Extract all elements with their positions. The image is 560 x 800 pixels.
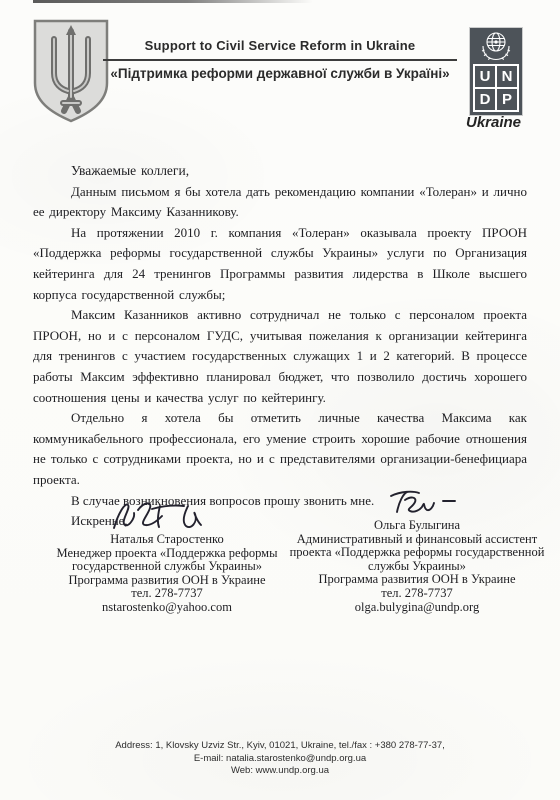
signer-title-line: Менеджер проекта «Поддержка реформы bbox=[38, 547, 296, 561]
undp-country-label: Ukraine bbox=[466, 114, 536, 131]
footer-contact-block: Address: 1, Klovsky Uzviz Str., Kyiv, 01… bbox=[0, 740, 560, 778]
project-title-ukrainian: «Підтримка реформи державної служби в Ук… bbox=[97, 66, 463, 81]
undp-letter-grid: U N D P bbox=[473, 64, 519, 112]
signer-phone: тел. 278-7737 bbox=[38, 587, 296, 601]
footer-address: Address: 1, Klovsky Uzviz Str., Kyiv, 01… bbox=[0, 740, 560, 753]
header-divider bbox=[103, 59, 457, 61]
paragraph-personal-qualities: Отдельно я хотела бы отметить личные кач… bbox=[33, 408, 527, 490]
undp-letter-d: D bbox=[475, 89, 495, 110]
signer-title-line: проекта «Поддержка реформы государственн… bbox=[288, 546, 546, 560]
signer-org-line: Программа развития ООН в Украине bbox=[38, 574, 296, 588]
salutation: Уважаемые коллеги, bbox=[33, 161, 527, 182]
paragraph-services-2010: На протяжении 2010 г. компания «Толеран»… bbox=[33, 223, 527, 305]
undp-letter-n: N bbox=[497, 66, 517, 87]
header-titles: Support to Civil Service Reform in Ukrai… bbox=[97, 38, 463, 81]
signer-title-line: службы Украины» bbox=[288, 560, 546, 574]
un-emblem-icon bbox=[470, 28, 522, 64]
scan-artifact-strip bbox=[33, 0, 313, 3]
signature-block-bulygina: Ольга Булыгина Административный и финанс… bbox=[288, 519, 546, 614]
signer-phone: тел. 278-7737 bbox=[288, 587, 546, 601]
signer-org-line: Программа развития ООН в Украине bbox=[288, 573, 546, 587]
letter-body: Уважаемые коллеги, Данным письмом я бы х… bbox=[33, 161, 527, 532]
project-title-english: Support to Civil Service Reform in Ukrai… bbox=[97, 38, 463, 53]
footer-web: Web: www.undp.org.ua bbox=[0, 765, 560, 778]
signature-block-starostenko: Наталья Старостенко Менеджер проекта «По… bbox=[38, 533, 296, 615]
undp-letter-u: U bbox=[475, 66, 495, 87]
undp-letter-p: P bbox=[497, 89, 517, 110]
undp-logo: U N D P bbox=[470, 28, 522, 115]
signer-name: Ольга Булыгина bbox=[288, 519, 546, 533]
footer-email: E-mail: natalia.starostenko@undp.org.ua bbox=[0, 753, 560, 766]
signer-title-line: государственной службы Украины» bbox=[38, 560, 296, 574]
signer-email: olga.bulygina@undp.org bbox=[288, 601, 546, 615]
signer-name: Наталья Старостенко bbox=[38, 533, 296, 547]
paragraph-recommendation: Данным письмом я бы хотела дать рекоменд… bbox=[33, 182, 527, 223]
paragraph-cooperation: Максим Казанников активно сотрудничал не… bbox=[33, 305, 527, 408]
signer-email: nstarostenko@yahoo.com bbox=[38, 601, 296, 615]
signer-title-line: Административный и финансовый ассистент bbox=[288, 533, 546, 547]
